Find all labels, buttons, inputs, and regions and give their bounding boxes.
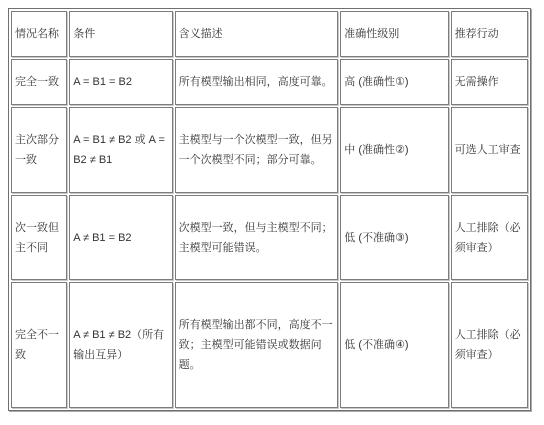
cell-situation: 次一致但主不同 (11, 195, 67, 280)
table-row: 完全不一致 A ≠ B1 ≠ B2（所有输出互异） 所有模型输出都不同，高度不一… (11, 282, 528, 408)
cell-description: 所有模型输出都不同，高度不一致；主模型可能错误或数据问题。 (175, 282, 339, 408)
cell-action: 无需操作 (451, 59, 528, 105)
cell-situation: 完全一致 (11, 59, 67, 105)
column-header-accuracy: 准确性级别 (340, 11, 448, 57)
column-header-description: 含义描述 (175, 11, 339, 57)
cell-condition: A = B1 ≠ B2 或 A = B2 ≠ B1 (69, 107, 172, 193)
table-row: 主次部分一致 A = B1 ≠ B2 或 A = B2 ≠ B1 主模型与一个次… (11, 107, 528, 193)
cell-condition: A ≠ B1 = B2 (69, 195, 172, 280)
cell-description: 次模型一致，但与主模型不同；主模型可能错误。 (175, 195, 339, 280)
cell-action: 人工排除（必须审查） (451, 195, 528, 280)
cell-action: 可选人工审查 (451, 107, 528, 193)
cell-action: 人工排除（必须审查） (451, 282, 528, 408)
column-header-action: 推荐行动 (451, 11, 528, 57)
cell-accuracy: 低 (不准确③) (340, 195, 448, 280)
cell-situation: 完全不一致 (11, 282, 67, 408)
column-header-condition: 条件 (69, 11, 172, 57)
header-row: 情况名称 条件 含义描述 准确性级别 推荐行动 (11, 11, 528, 57)
cell-condition: A = B1 = B2 (69, 59, 172, 105)
table-row: 完全一致 A = B1 = B2 所有模型输出相同，高度可靠。 高 (准确性①)… (11, 59, 528, 105)
column-header-situation: 情况名称 (11, 11, 67, 57)
cell-accuracy: 低 (不准确④) (340, 282, 448, 408)
cell-accuracy: 中 (准确性②) (340, 107, 448, 193)
page: 情况名称 条件 含义描述 准确性级别 推荐行动 完全一致 A = B1 = B2… (0, 0, 544, 411)
cell-description: 主模型与一个次模型一致，但另一个次模型不同；部分可靠。 (175, 107, 339, 193)
cell-condition: A ≠ B1 ≠ B2（所有输出互异） (69, 282, 172, 408)
model-consistency-table: 情况名称 条件 含义描述 准确性级别 推荐行动 完全一致 A = B1 = B2… (8, 8, 531, 411)
cell-situation: 主次部分一致 (11, 107, 67, 193)
cell-description: 所有模型输出相同，高度可靠。 (175, 59, 339, 105)
cell-accuracy: 高 (准确性①) (340, 59, 448, 105)
table-row: 次一致但主不同 A ≠ B1 = B2 次模型一致，但与主模型不同；主模型可能错… (11, 195, 528, 280)
